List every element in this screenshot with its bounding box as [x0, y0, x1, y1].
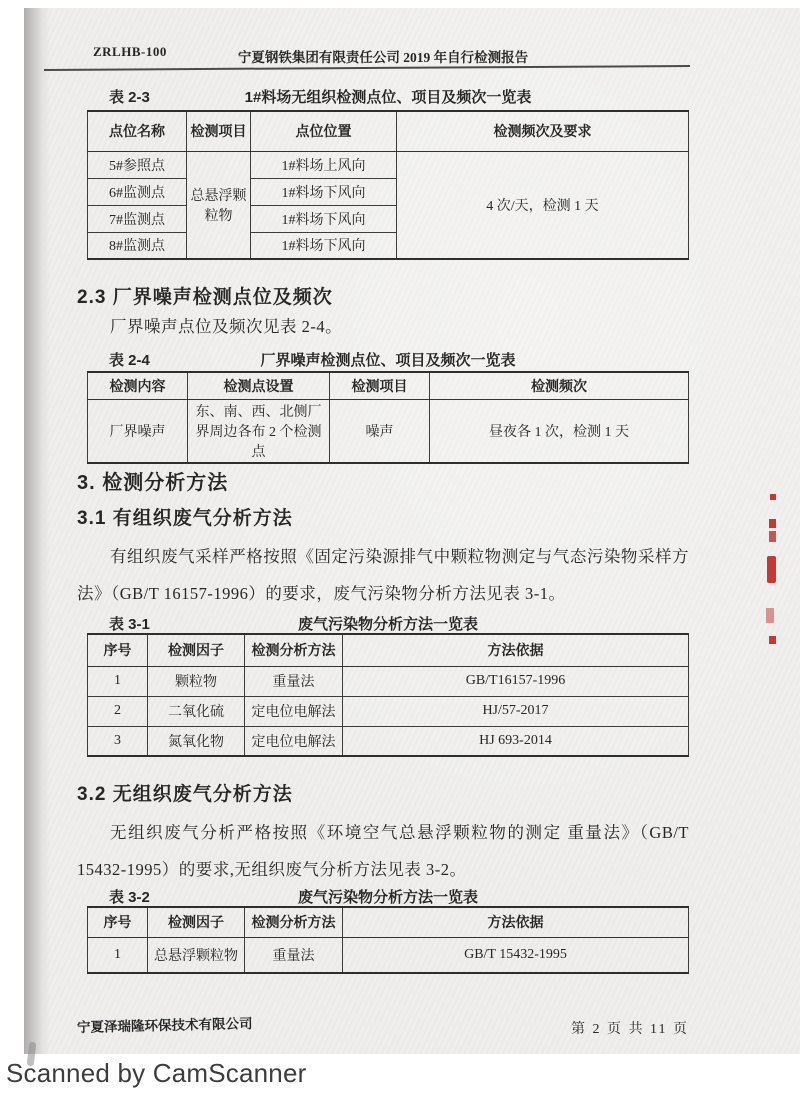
table-3-2: 序号 检测因子 检测分析方法 方法依据 1 总悬浮颗粒物 重量法 GB/T 15…	[87, 906, 689, 974]
t32-cell-no: 1	[88, 937, 148, 973]
seal-fragment	[769, 531, 776, 542]
scanned-page: ZRLHB-100 宁夏钢铁集团有限责任公司 2019 年自行检测报告 1#料场…	[24, 8, 800, 1054]
t23-cell-name: 5#参照点	[88, 151, 187, 178]
t32-cell-basis: GB/T 15432-1995	[343, 937, 689, 973]
table-row: 序号 检测因子 检测分析方法 方法依据	[88, 907, 689, 937]
footer-company: 宁夏泽瑞隆环保技术有限公司	[77, 1012, 253, 1036]
table-row: 序号 检测因子 检测分析方法 方法依据	[88, 634, 689, 666]
t23-cell-location: 1#料场下风向	[251, 232, 397, 259]
section-3-heading: 3. 检测分析方法	[77, 466, 228, 495]
seal-fragment	[770, 494, 776, 500]
t23-cell-name: 7#监测点	[88, 205, 187, 232]
t32-cell-factor: 总悬浮颗粒物	[148, 937, 245, 973]
t24-cell-points: 东、南、西、北侧厂界周边各布 2 个检测点	[188, 399, 330, 463]
section-3-1-heading: 3.1 有组织废气分析方法	[77, 503, 293, 530]
seal-fragment	[767, 556, 776, 583]
t24-cell-content: 厂界噪声	[88, 399, 188, 463]
table-3-1-caption: 废气污染物分析方法一览表 表 3-1	[87, 613, 689, 633]
table-2-4-label: 表 2-4	[109, 349, 150, 370]
t31-header-method: 检测分析方法	[245, 634, 343, 666]
t31-cell-factor: 颗粒物	[148, 666, 245, 696]
table-row: 5#参照点 总悬浮颗粒物 1#料场上风向 4 次/天，检测 1 天	[88, 151, 689, 178]
t32-header-basis: 方法依据	[343, 907, 689, 937]
t31-cell-method: 重量法	[245, 666, 343, 696]
t24-cell-item: 噪声	[330, 399, 430, 463]
t24-cell-frequency: 昼夜各 1 次，检测 1 天	[430, 399, 689, 463]
table-3-2-label: 表 3-2	[109, 886, 150, 907]
t31-cell-no: 1	[88, 666, 148, 696]
table-3-1-title: 废气污染物分析方法一览表	[87, 613, 689, 634]
t23-cell-location: 1#料场下风向	[251, 205, 397, 232]
t23-header-frequency: 检测频次及要求	[397, 111, 689, 151]
table-2-4-title: 厂界噪声检测点位、项目及频次一览表	[87, 349, 689, 370]
table-row: 检测内容 检测点设置 检测项目 检测频次	[88, 372, 689, 399]
table-2-4-caption: 厂界噪声检测点位、项目及频次一览表 表 2-4	[87, 349, 689, 369]
t23-header-item: 检测项目	[187, 111, 251, 151]
t31-header-basis: 方法依据	[343, 634, 689, 666]
t31-cell-factor: 二氧化硫	[148, 696, 245, 726]
section-3-2-paragraph: 无组织废气分析严格按照《环境空气总悬浮颗粒物的测定 重量法》（GB/T 1543…	[77, 814, 689, 888]
table-3-1: 序号 检测因子 检测分析方法 方法依据 1 颗粒物 重量法 GB/T16157-…	[87, 633, 689, 757]
camscanner-watermark: Scanned by CamScanner	[6, 1058, 306, 1089]
table-2-4: 检测内容 检测点设置 检测项目 检测频次 厂界噪声 东、南、西、北侧厂界周边各布…	[87, 371, 689, 464]
t31-header-no: 序号	[88, 634, 148, 666]
t23-cell-location: 1#料场上风向	[251, 151, 397, 178]
t23-header-location: 点位位置	[251, 111, 397, 151]
t31-cell-factor: 氮氧化物	[148, 726, 245, 756]
t24-header-points: 检测点设置	[188, 372, 330, 399]
t23-cell-name: 8#监测点	[88, 232, 187, 259]
seal-fragment	[769, 636, 776, 644]
section-3-1-paragraph: 有组织废气采样严格按照《固定污染源排气中颗粒物测定与气态污染物采样方法》（GB/…	[77, 538, 689, 612]
section-2-3-paragraph: 厂界噪声点位及频次见表 2-4。	[77, 316, 689, 338]
t23-cell-frequency-merged: 4 次/天，检测 1 天	[397, 151, 689, 259]
footer-page-number: 第 2 页 共 11 页	[571, 1018, 689, 1038]
table-row: 点位名称 检测项目 点位位置 检测频次及要求	[88, 111, 689, 151]
t31-header-factor: 检测因子	[148, 634, 245, 666]
table-row: 3 氮氧化物 定电位电解法 HJ 693-2014	[88, 726, 689, 756]
table-row: 2 二氧化硫 定电位电解法 HJ/57-2017	[88, 696, 689, 726]
t23-cell-location: 1#料场下风向	[251, 178, 397, 205]
t31-cell-basis: HJ 693-2014	[343, 726, 689, 756]
page-edge-shadow	[24, 8, 50, 1054]
page-body: 1#料场无组织检测点位、项目及频次一览表 表 2-3 点位名称 检测项目 点位位…	[77, 8, 689, 1054]
section-2-3-heading: 2.3 厂界噪声检测点位及频次	[77, 282, 333, 309]
t31-cell-basis: GB/T16157-1996	[343, 666, 689, 696]
table-3-1-label: 表 3-1	[109, 613, 150, 634]
t31-cell-no: 3	[88, 726, 148, 756]
table-2-3-caption: 1#料场无组织检测点位、项目及频次一览表 表 2-3	[87, 86, 689, 106]
t32-header-method: 检测分析方法	[245, 907, 343, 937]
t24-header-frequency: 检测频次	[430, 372, 689, 399]
seal-fragment	[769, 519, 776, 528]
table-3-2-title: 废气污染物分析方法一览表	[87, 886, 689, 907]
t24-header-content: 检测内容	[88, 372, 188, 399]
table-2-3: 点位名称 检测项目 点位位置 检测频次及要求 5#参照点 总悬浮颗粒物 1#料场…	[87, 110, 689, 260]
table-2-3-label: 表 2-3	[109, 86, 150, 107]
table-row: 厂界噪声 东、南、西、北侧厂界周边各布 2 个检测点 噪声 昼夜各 1 次，检测…	[88, 399, 689, 463]
t31-cell-basis: HJ/57-2017	[343, 696, 689, 726]
t32-header-no: 序号	[88, 907, 148, 937]
t23-header-point-name: 点位名称	[88, 111, 187, 151]
seal-fragment	[766, 608, 774, 623]
t23-cell-name: 6#监测点	[88, 178, 187, 205]
section-3-2-heading: 3.2 无组织废气分析方法	[77, 779, 293, 806]
t31-cell-method: 定电位电解法	[245, 726, 343, 756]
table-2-3-title: 1#料场无组织检测点位、项目及频次一览表	[87, 86, 689, 107]
t31-cell-method: 定电位电解法	[245, 696, 343, 726]
t32-cell-method: 重量法	[245, 937, 343, 973]
table-row: 1 颗粒物 重量法 GB/T16157-1996	[88, 666, 689, 696]
t32-header-factor: 检测因子	[148, 907, 245, 937]
t24-header-item: 检测项目	[330, 372, 430, 399]
table-row: 1 总悬浮颗粒物 重量法 GB/T 15432-1995	[88, 937, 689, 973]
table-3-2-caption: 废气污染物分析方法一览表 表 3-2	[87, 886, 689, 906]
t23-cell-item-merged: 总悬浮颗粒物	[187, 151, 251, 259]
t31-cell-no: 2	[88, 696, 148, 726]
